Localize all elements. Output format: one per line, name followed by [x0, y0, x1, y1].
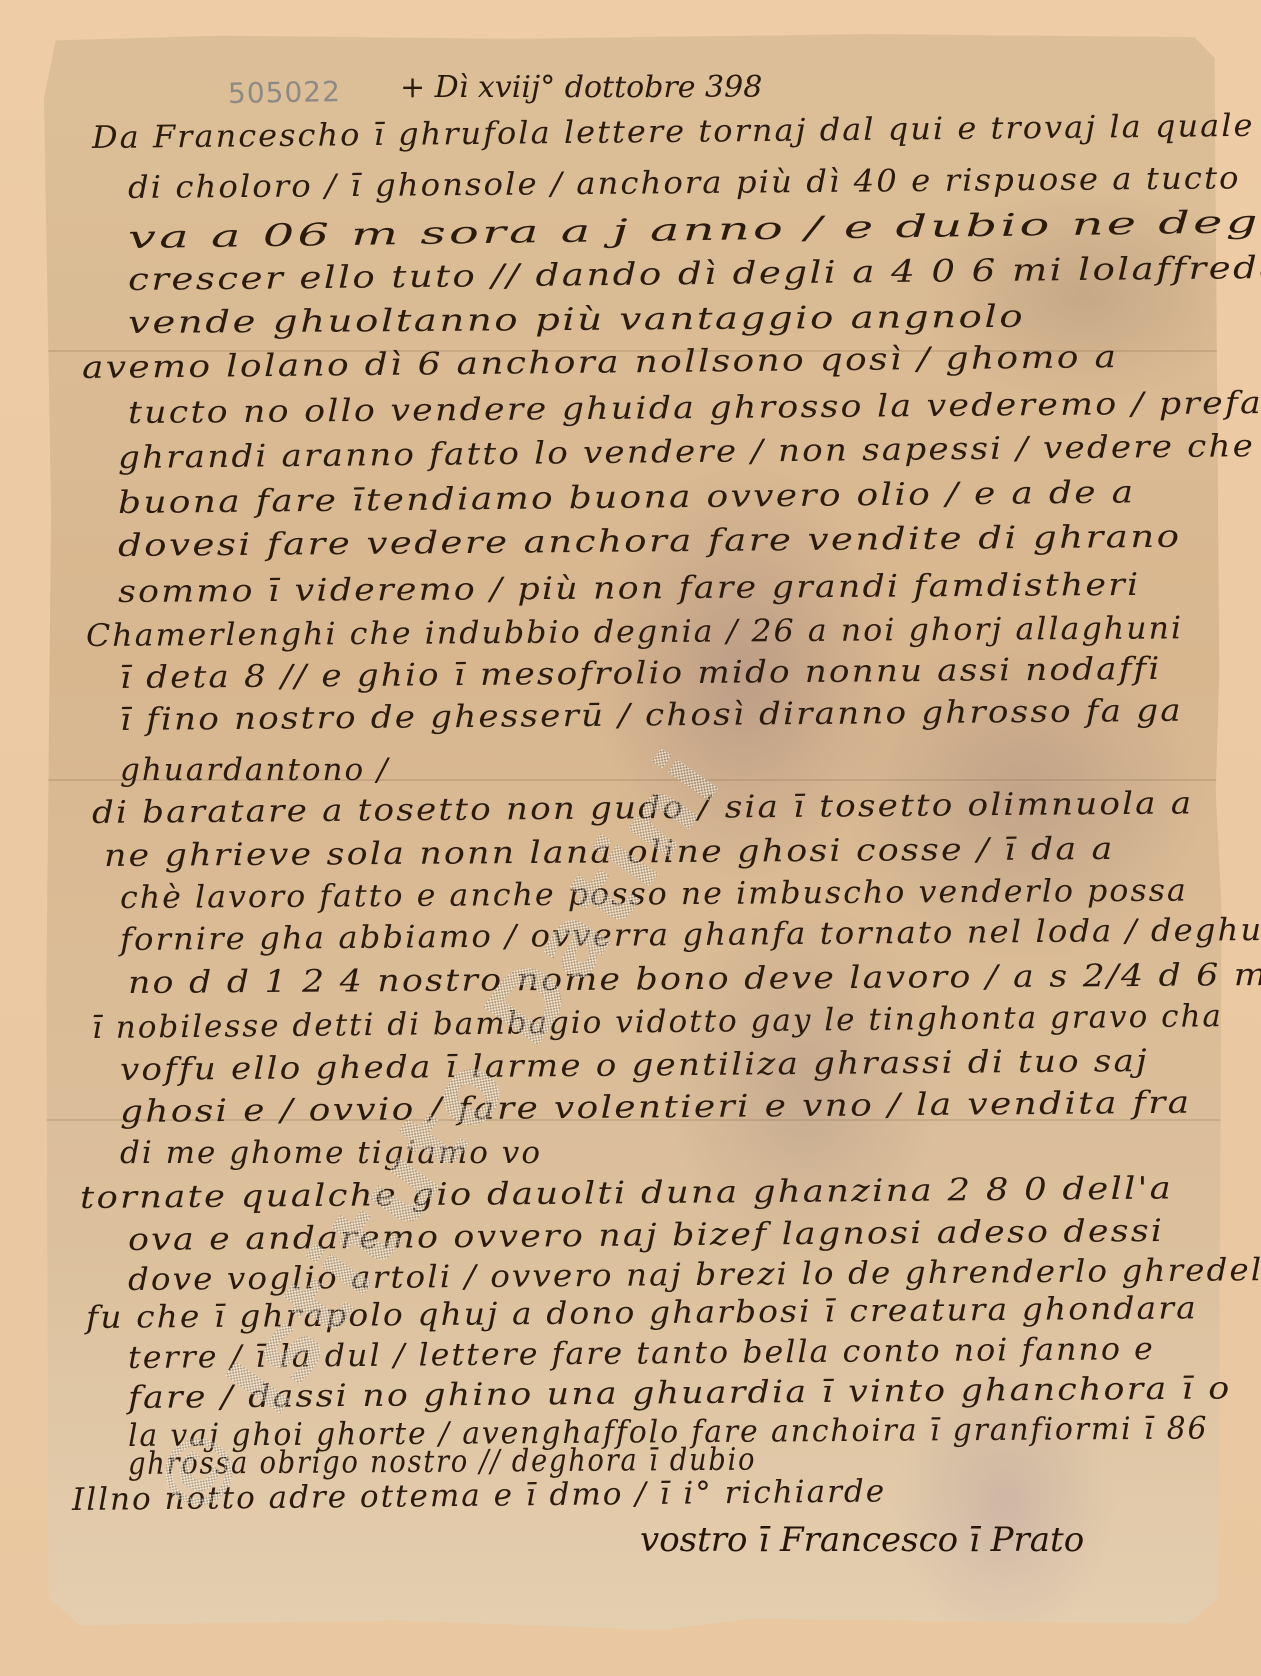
text-line: ghuardantono /	[120, 752, 389, 788]
archive-number: 505022	[228, 75, 341, 110]
text-line: sommo ī videremo / più non fare grandi f…	[118, 567, 1141, 610]
text-line: vende ghuoltanno più vantaggio angnolo	[128, 299, 1025, 341]
text-line: Chamerlenghi che indubbio degnia / 26 a …	[86, 610, 1183, 654]
signature: vostro ī Francesco ī Prato	[640, 1520, 1084, 1560]
date-heading: + Dì xviij° dottobre 398	[400, 70, 762, 105]
